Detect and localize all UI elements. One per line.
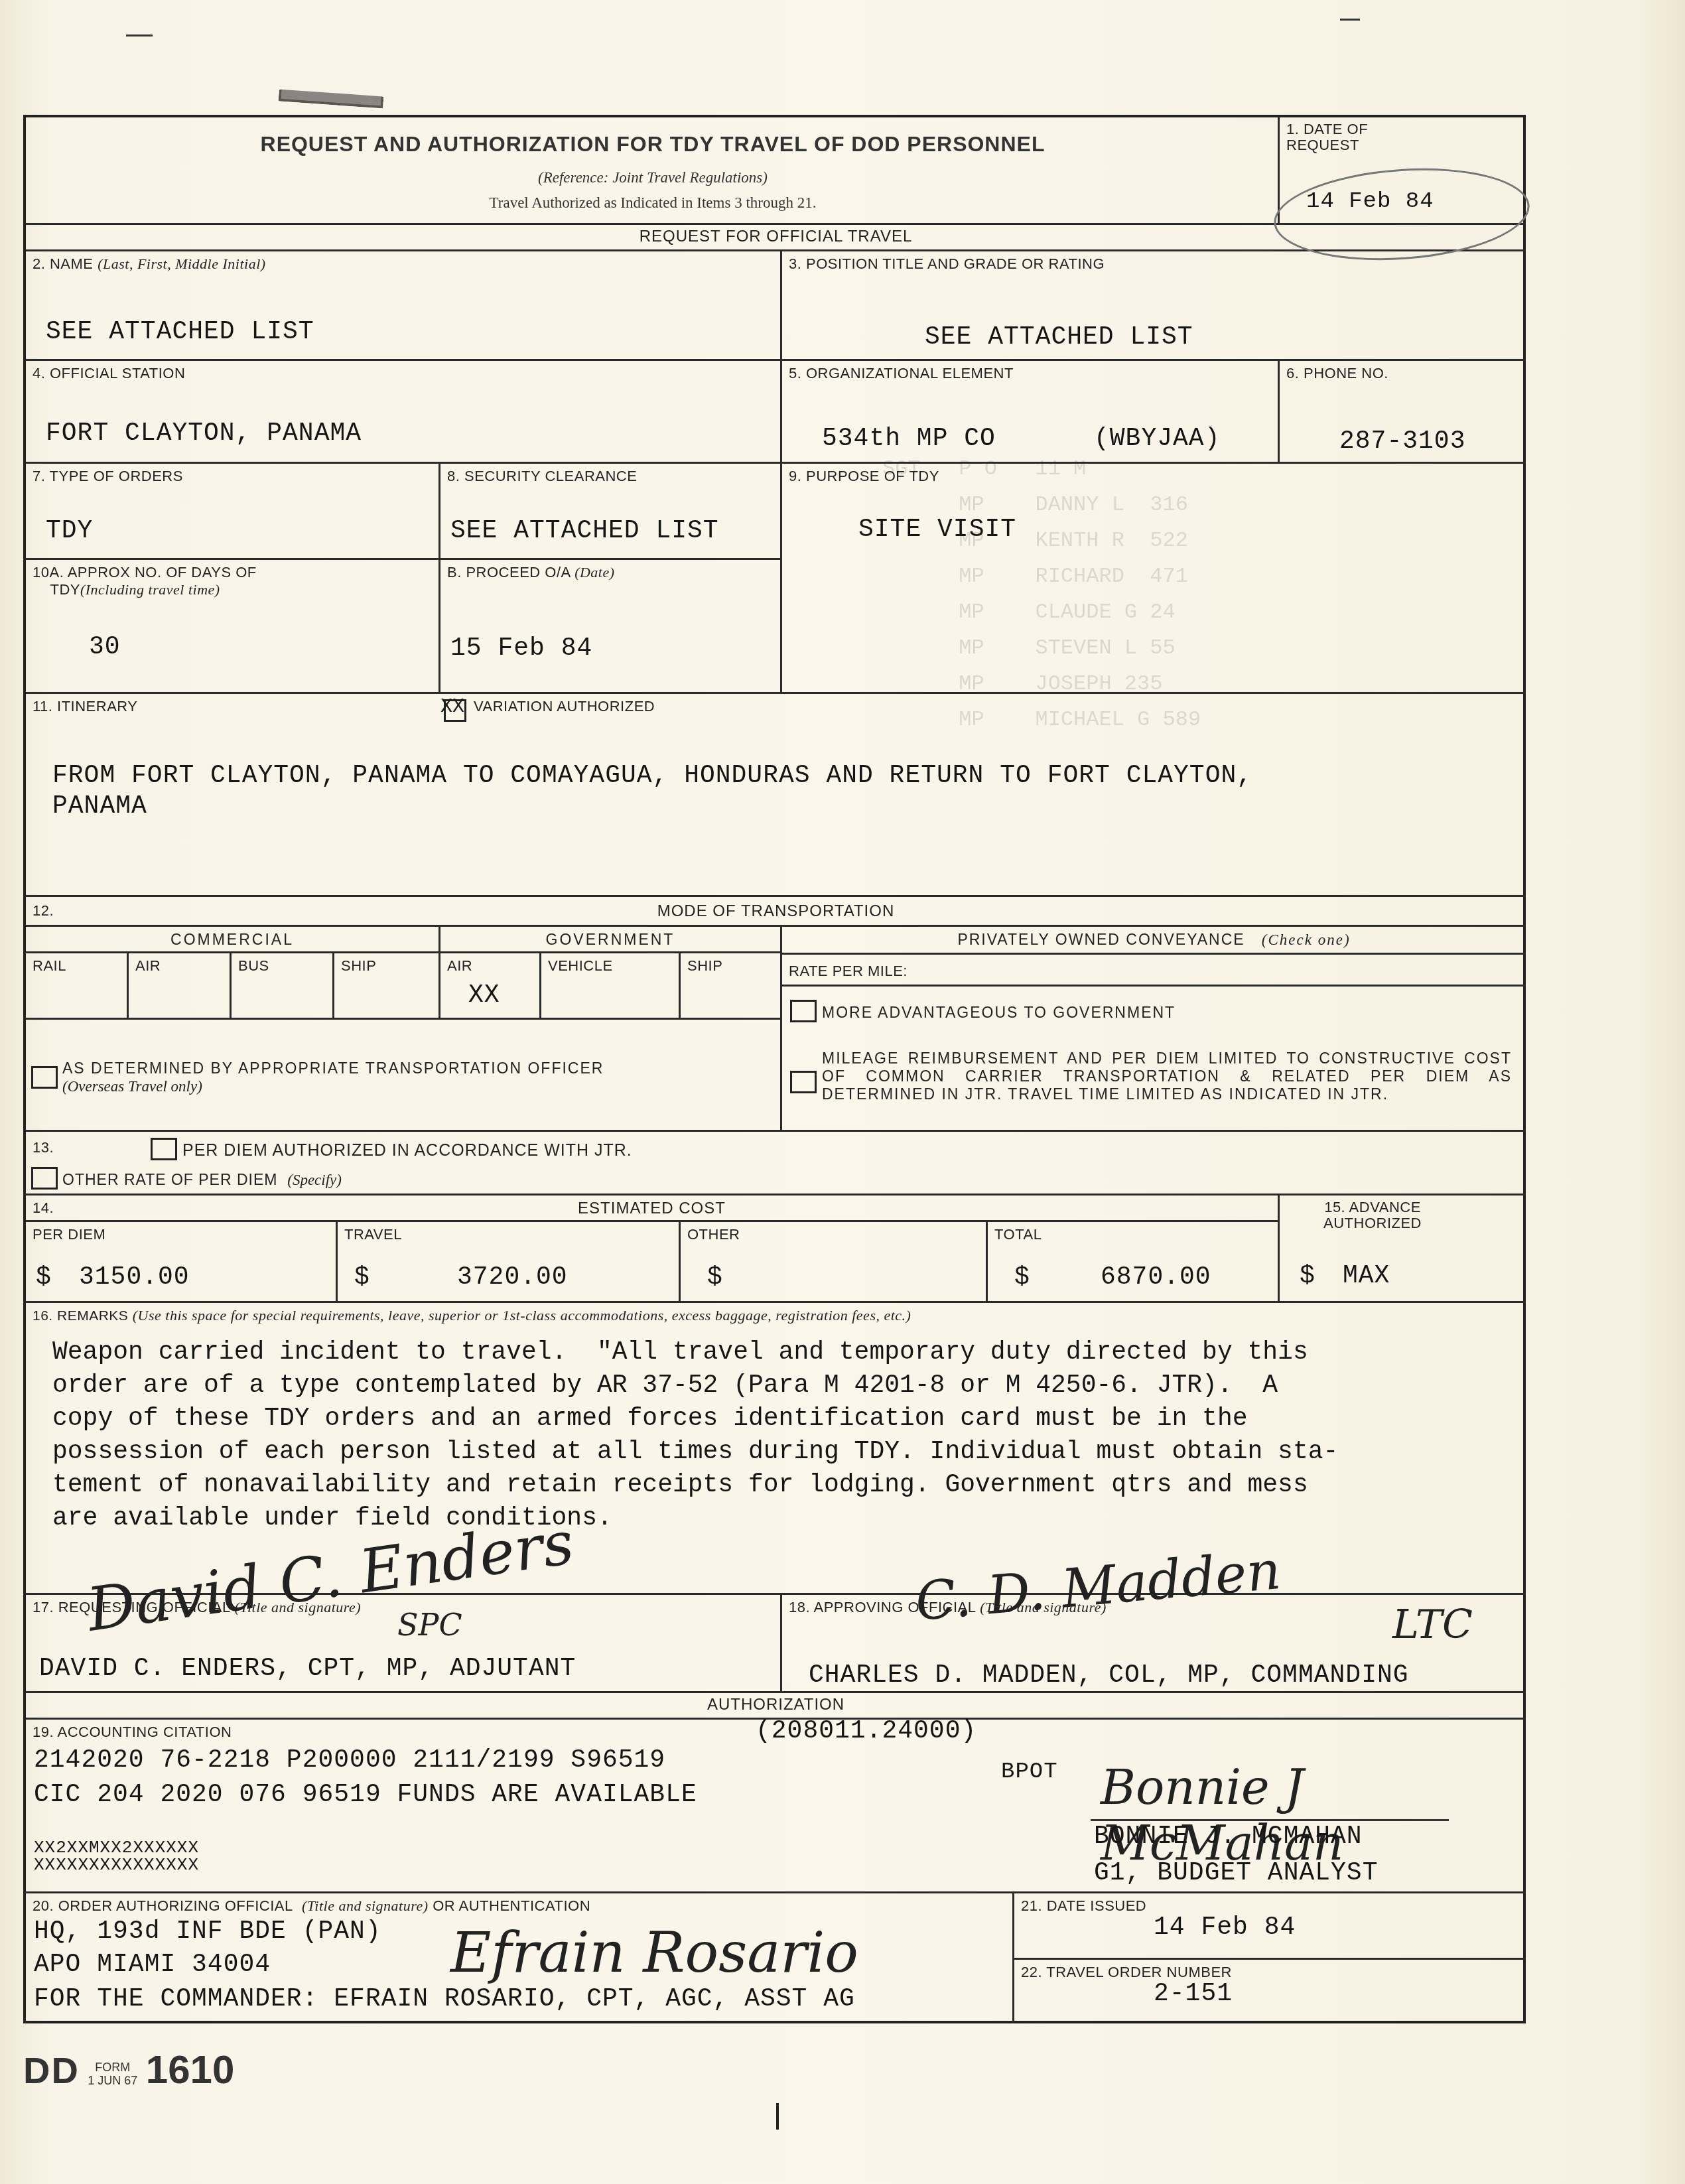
page-mark <box>776 2103 779 2130</box>
remarks-text[interactable]: Weapon carried incident to travel. "All … <box>52 1336 1499 1535</box>
more-advantageous-checkbox[interactable] <box>790 1000 817 1022</box>
phone-field: 6. PHONE NO. 287-3103 <box>1280 361 1526 464</box>
government-air-column[interactable]: AIR XX <box>440 953 541 1020</box>
days-tdy-field: 10a. APPROX NO. OF DAYS OF TDY(Including… <box>26 560 440 694</box>
other-rate-label: OTHER RATE OF PER DIEM <box>62 1171 277 1188</box>
name-value[interactable]: SEE ATTACHED LIST <box>46 318 314 346</box>
rail-column[interactable]: RAIL <box>26 953 129 1020</box>
phone-value[interactable]: 287-3103 <box>1339 427 1465 456</box>
struck-text-1: XX2XXMXX2XXXXXX <box>34 1839 199 1856</box>
transportation-heading: 12. MODE OF TRANSPORTATION <box>26 897 1526 927</box>
order-official-signature: Efrain Rosario <box>450 1920 858 1985</box>
date-of-request-label: 1. DATE OF REQUEST <box>1286 121 1386 153</box>
official-station-value[interactable]: FORT CLAYTON, PANAMA <box>46 419 362 448</box>
advance-authorized-field: 15. ADVANCE AUTHORIZED $ MAX <box>1280 1195 1526 1303</box>
travel-order-number-field: 22. TRAVEL ORDER NUMBER 2-151 <box>1014 1960 1526 2023</box>
per-diem-jtr-label: PER DIEM AUTHORIZED IN ACCORDANCE WITH J… <box>182 1142 632 1160</box>
budget-analyst-signature: Bonnie J McMahan <box>1101 1759 1526 1871</box>
poc-heading: PRIVATELY OWNED CONVEYANCE (Check one) <box>782 927 1526 955</box>
budget-analyst-title[interactable]: G1, BUDGET ANALYST <box>1094 1859 1378 1887</box>
form-number: DD FORM1 JUN 67 1610 <box>23 2047 234 2092</box>
days-tdy-value[interactable]: 30 <box>89 633 121 661</box>
commercial-air-column[interactable]: AIR <box>129 953 232 1020</box>
requesting-official-field: 17. REQUESTING OFFICIAL (Title and signa… <box>26 1595 782 1693</box>
government-vehicle-column[interactable]: VEHICLE <box>541 953 681 1020</box>
position-field: 3. POSITION TITLE AND GRADE OR RATING SE… <box>782 251 1526 361</box>
order-official-line-2[interactable]: APO MIAMI 34004 <box>34 1950 271 1979</box>
requesting-official-name[interactable]: DAVID C. ENDERS, CPT, MP, ADJUTANT <box>39 1655 576 1683</box>
staple <box>279 90 384 109</box>
name-field: 2. NAME (Last, First, Middle Initial) SE… <box>26 251 782 361</box>
approving-official-field: 18. APPROVING OFFICIAL (Title and signat… <box>782 1595 1526 1693</box>
document-page: SGT P O 11 M MP DANNY L 316 MP KENTH R 5… <box>0 0 1685 2184</box>
remarks-field: 16. REMARKS (Use this space for special … <box>26 1303 1526 1595</box>
struck-text-2: XXXXXXXXXXXXXXX <box>34 1856 199 1874</box>
form-title: REQUEST AND AUTHORIZATION FOR TDY TRAVEL… <box>26 132 1280 157</box>
accounting-ref[interactable]: (208011.24000) <box>756 1717 977 1745</box>
official-station-field: 4. OFFICIAL STATION FORT CLAYTON, PANAMA <box>26 361 782 464</box>
per-diem-jtr-checkbox[interactable] <box>151 1138 177 1160</box>
other-rate-checkbox[interactable] <box>31 1167 58 1190</box>
rate-per-mile-field[interactable]: RATE PER MILE: <box>782 955 1526 987</box>
date-issued-field: 21. DATE ISSUED 14 Feb 84 <box>1014 1893 1526 1960</box>
itinerary-line-2[interactable]: PANAMA <box>52 792 147 821</box>
ato-label: AS DETERMINED BY APPROPRIATE TRANSPORTAT… <box>62 1059 759 1095</box>
variation-authorized-label: VARIATION AUTHORIZED <box>474 698 655 715</box>
ato-checkbox[interactable] <box>31 1066 58 1089</box>
purpose-value[interactable]: SITE VISIT <box>858 515 1016 544</box>
cost-other: OTHER $ <box>681 1222 988 1303</box>
security-clearance-field: 8. SECURITY CLEARANCE SEE ATTACHED LIST <box>440 464 782 560</box>
order-official-line-3[interactable]: FOR THE COMMANDER: EFRAIN ROSARIO, CPT, … <box>34 1985 855 2013</box>
variation-authorized-checkbox[interactable]: XX <box>444 699 466 722</box>
commercial-heading: COMMERCIAL <box>26 927 440 953</box>
government-heading: GOVERNMENT <box>440 927 782 953</box>
org-element-value[interactable]: 534th MP CO <box>822 425 996 453</box>
cost-per-diem: PER DIEM $ 3150.00 <box>26 1222 338 1303</box>
form-authorized-note: Travel Authorized as Indicated in Items … <box>26 194 1280 212</box>
mileage-reimbursement-label: MILEAGE REIMBURSEMENT AND PER DIEM LIMIT… <box>822 1050 1512 1103</box>
purpose-field: 9. PURPOSE OF TDY SITE VISIT <box>782 464 1526 683</box>
dd-form-1610: REQUEST AND AUTHORIZATION FOR TDY TRAVEL… <box>23 115 1526 2023</box>
mileage-reimbursement-checkbox[interactable] <box>790 1071 817 1093</box>
security-clearance-value[interactable]: SEE ATTACHED LIST <box>450 517 719 545</box>
commercial-ship-column[interactable]: SHIP <box>334 953 440 1020</box>
advance-value[interactable]: MAX <box>1343 1262 1390 1290</box>
travel-order-number-value[interactable]: 2-151 <box>1154 1980 1233 2008</box>
accounting-citation-field: 19. ACCOUNTING CITATION (208011.24000) 2… <box>26 1720 1526 1893</box>
order-authorizing-official-field: 20. ORDER AUTHORIZING OFFICIAL (Title an… <box>26 1893 1014 2023</box>
scan-mark <box>1340 19 1360 21</box>
form-reference: (Reference: Joint Travel Regulations) <box>26 169 1280 186</box>
budget-analyst-name[interactable]: BONNIE J. MCMAHAN <box>1094 1822 1363 1851</box>
position-value[interactable]: SEE ATTACHED LIST <box>925 323 1193 352</box>
government-ship-column[interactable]: SHIP <box>681 953 782 1020</box>
org-element-code[interactable]: (WBYJAA) <box>1094 425 1220 453</box>
type-of-orders-value[interactable]: TDY <box>46 517 93 545</box>
bus-column[interactable]: BUS <box>232 953 334 1020</box>
itinerary-field: 11. ITINERARY XX VARIATION AUTHORIZED FR… <box>26 694 1526 897</box>
approving-initials: LTC <box>1392 1602 1473 1648</box>
more-advantageous-label: MORE ADVANTAGEOUS TO GOVERNMENT <box>822 1004 1176 1022</box>
itinerary-line-1[interactable]: FROM FORT CLAYTON, PANAMA TO COMAYAGUA, … <box>52 760 1252 792</box>
divider <box>26 1130 1526 1132</box>
order-official-line-1[interactable]: HQ, 193d INF BDE (PAN) <box>34 1917 381 1946</box>
bpot-label: BPOT <box>1001 1759 1058 1785</box>
scan-mark <box>126 34 153 36</box>
approving-official-name[interactable]: CHARLES D. MADDEN, COL, MP, COMMANDING <box>809 1661 1409 1690</box>
org-element-field: 5. ORGANIZATIONAL ELEMENT 534th MP CO (W… <box>782 361 1280 464</box>
divider <box>780 1020 782 1130</box>
signature-line <box>1091 1819 1449 1821</box>
date-issued-value[interactable]: 14 Feb 84 <box>1154 1913 1296 1942</box>
total-cost-value[interactable]: 6870.00 <box>1101 1263 1211 1292</box>
type-of-orders-field: 7. TYPE OF ORDERS TDY <box>26 464 440 560</box>
estimated-cost-heading: 14. ESTIMATED COST <box>26 1195 1280 1222</box>
proceed-date-field: b. PROCEED O/A (Date) 15 Feb 84 <box>440 560 782 694</box>
proceed-date-value[interactable]: 15 Feb 84 <box>450 634 592 663</box>
requesting-initials: SPC <box>397 1607 462 1643</box>
per-diem-cost-value[interactable]: 3150.00 <box>79 1263 190 1292</box>
accounting-line-1[interactable]: 2142020 76-2218 P200000 2111/2199 S96519 <box>34 1746 665 1775</box>
cost-total: TOTAL $ 6870.00 <box>988 1222 1280 1303</box>
form-header: REQUEST AND AUTHORIZATION FOR TDY TRAVEL… <box>26 117 1280 225</box>
accounting-line-2[interactable]: CIC 204 2020 076 96519 FUNDS ARE AVAILAB… <box>34 1781 697 1809</box>
cost-travel: TRAVEL $ 3720.00 <box>338 1222 681 1303</box>
government-air-value: XX <box>468 981 500 1010</box>
authorization-heading: AUTHORIZATION <box>26 1693 1526 1720</box>
travel-cost-value[interactable]: 3720.00 <box>457 1263 568 1292</box>
